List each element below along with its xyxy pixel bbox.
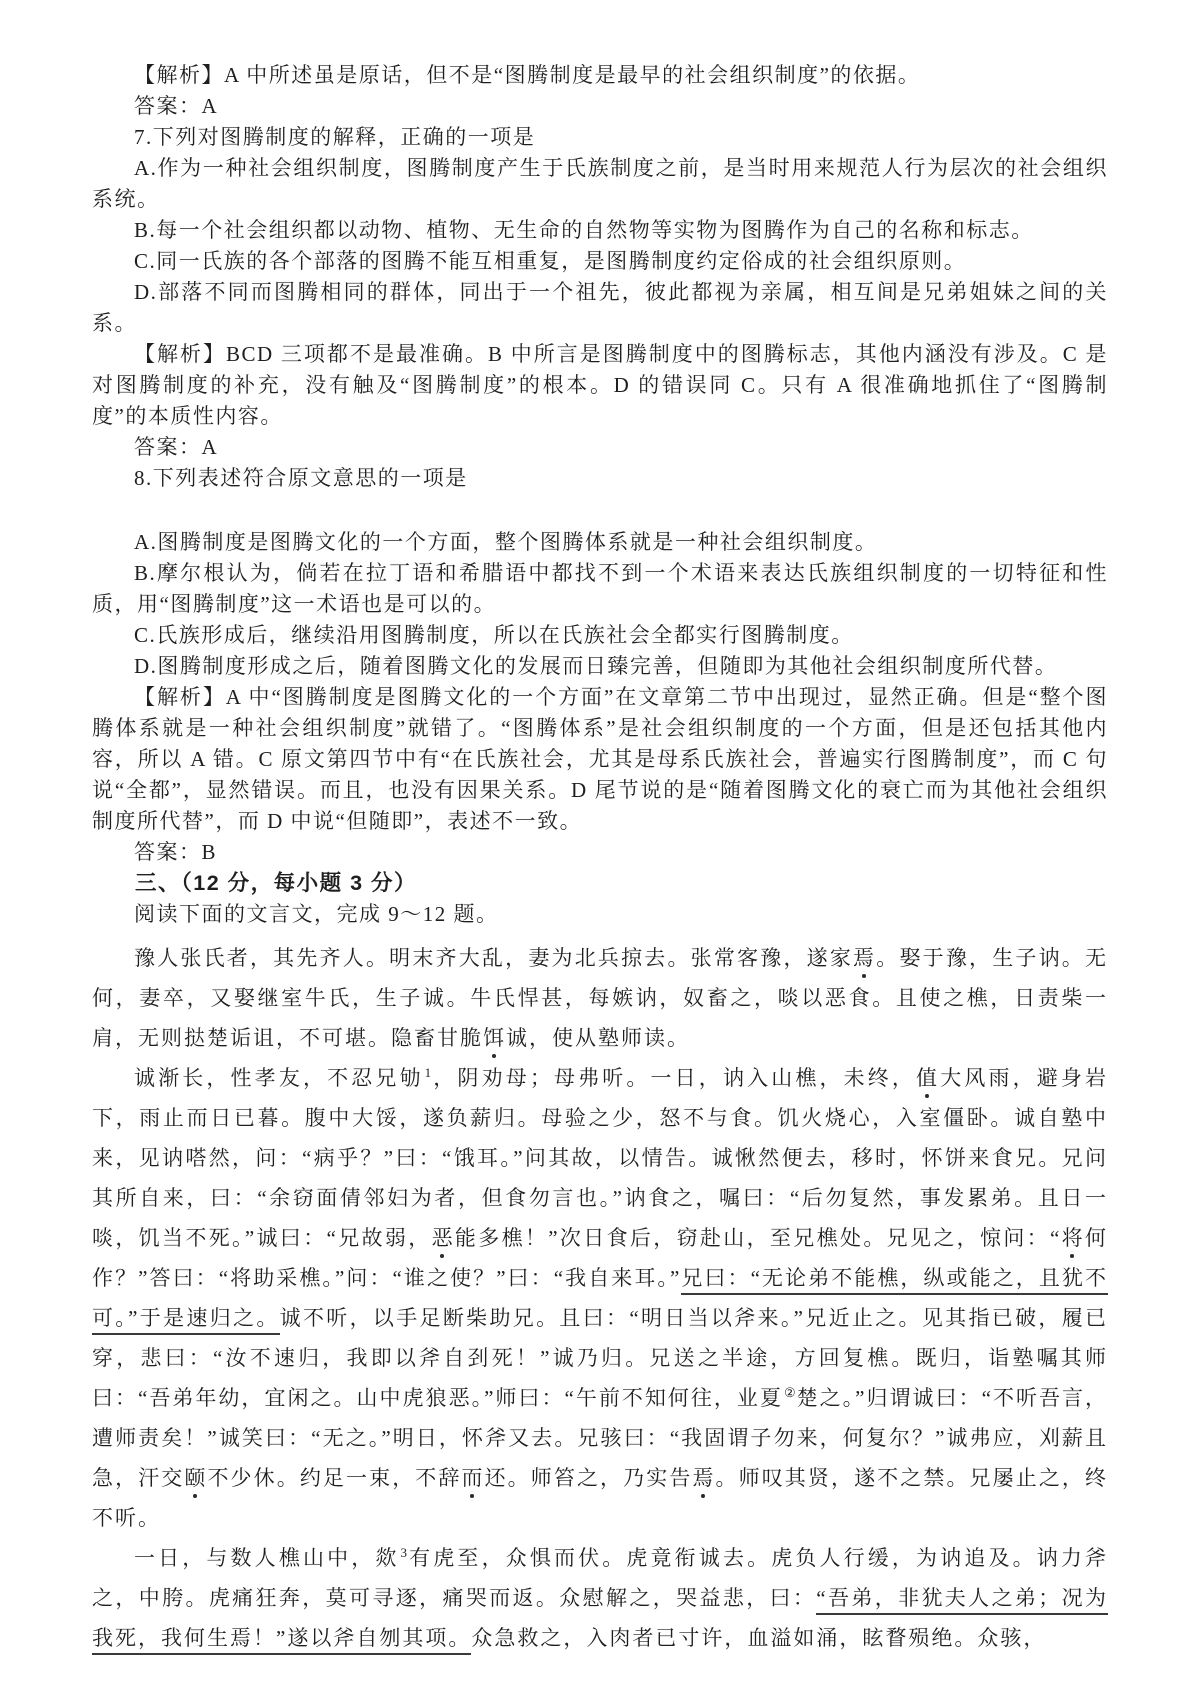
modern-section: 【解析】A 中所述虽是原话，但不是“图腾制度是最早的社会组织制度”的依据。答案：… xyxy=(92,60,1108,930)
classical-section: 豫人张氏者，其先齐人。明末齐大乱，妻为北兵掠去。张常客豫，遂家焉。娶于豫，生子讷… xyxy=(92,938,1108,1658)
reading-instruction: 阅读下面的文言文，完成 9～12 题。 xyxy=(92,899,1108,930)
option-7-b: B.每一个社会组织都以动物、植物、无生命的自然物等实物为图腾作为自己的名称和标志… xyxy=(92,215,1108,246)
emphasis-dotted-char: 焉 xyxy=(853,946,876,970)
footnote-marker: ② xyxy=(784,1385,796,1400)
option-7-a: A.作为一种社会组织制度，图腾制度产生于氏族制度之前，是当时用来规范人行为层次的… xyxy=(92,153,1108,215)
section-3-heading: 三、（12 分，每小题 3 分） xyxy=(92,868,1108,899)
question-8: 8.下列表述符合原文意思的一项是 xyxy=(92,463,1108,494)
option-8-b: B.摩尔根认为，倘若在拉丁语和希腊语中都找不到一个术语来表达氏族组织制度的一切特… xyxy=(92,558,1108,620)
emphasis-dotted-char: 饵 xyxy=(483,1026,506,1050)
emphasis-dotted-char: 焉 xyxy=(692,1466,715,1490)
analysis-q8: 【解析】A 中“图腾制度是图腾文化的一个方面”在文章第二节中出现过，显然正确。但… xyxy=(92,682,1108,837)
text-run: 还。师笞之，乃实告 xyxy=(485,1466,693,1490)
text-run: ，阴劝母；母弗听。一日，讷入山樵，未终， xyxy=(432,1066,916,1090)
option-7-d: D.部落不同而图腾相同的群体，同出于一个祖先，彼此都视为亲属，相互间是兄弟姐妹之… xyxy=(92,277,1108,339)
emphasis-dotted-char: 颐 xyxy=(184,1466,207,1490)
text-run: 豫人张氏者，其先齐人。明末齐大乱，妻为北兵掠去。张常客豫，遂家 xyxy=(134,946,853,970)
analysis-q6: 【解析】A 中所述虽是原话，但不是“图腾制度是最早的社会组织制度”的依据。 xyxy=(92,60,1108,91)
emphasis-dotted-char: 恶 xyxy=(432,1226,455,1250)
blank-line xyxy=(92,494,1108,527)
document-page: 【解析】A 中所述虽是原话，但不是“图腾制度是最早的社会组织制度”的依据。答案：… xyxy=(0,0,1200,1698)
text-run: 诚，使从塾师读。 xyxy=(506,1026,690,1050)
option-7-c: C.同一氏族的各个部落的图腾不能互相重复，是图腾制度约定俗成的社会组织原则。 xyxy=(92,246,1108,277)
text-run: 众急救之，入肉者已寸许，血溢如涌，眩瞀殒绝。众骇， xyxy=(471,1626,1046,1650)
classical-paragraph-1: 豫人张氏者，其先齐人。明末齐大乱，妻为北兵掠去。张常客豫，遂家焉。娶于豫，生子讷… xyxy=(92,938,1108,1058)
text-run: 不少休。约足一束，不辞 xyxy=(207,1466,461,1490)
text-run: 诚渐长，性孝友，不忍兄劬 xyxy=(134,1066,424,1090)
text-run: 能多樵！”次日食后，窃赴山，至兄樵处。兄见之，惊问：“ xyxy=(455,1226,1061,1250)
classical-paragraph-2: 诚渐长，性孝友，不忍兄劬1，阴劝母；母弗听。一日，讷入山樵，未终，值大风雨，避身… xyxy=(92,1058,1108,1538)
footnote-marker: 1 xyxy=(425,1065,432,1080)
option-8-d: D.图腾制度形成之后，随着图腾文化的发展而日臻完善，但随即为其他社会组织制度所代… xyxy=(92,651,1108,682)
answer-q8: 答案：B xyxy=(92,837,1108,868)
question-7: 7.下列对图腾制度的解释，正确的一项是 xyxy=(92,122,1108,153)
answer-q6: 答案：A xyxy=(92,91,1108,122)
emphasis-dotted-char: 而 xyxy=(462,1466,485,1490)
text-run: 大风雨，避身岩下，雨止而日已暮。腹中大馁，遂负薪归。母验之少，怒不与食。饥火烧心… xyxy=(92,1066,1108,1250)
text-run: 一日，与数人樵山中，欻 xyxy=(134,1546,400,1570)
option-8-a: A.图腾制度是图腾文化的一个方面，整个图腾体系就是一种社会组织制度。 xyxy=(92,527,1108,558)
footnote-marker: 3 xyxy=(401,1545,408,1560)
emphasis-dotted-char: 值 xyxy=(916,1066,940,1090)
analysis-q7: 【解析】BCD 三项都不是最准确。B 中所言是图腾制度中的图腾标志，其他内涵没有… xyxy=(92,339,1108,432)
answer-q7: 答案：A xyxy=(92,432,1108,463)
option-8-c: C.氏族形成后，继续沿用图腾制度，所以在氏族社会全都实行图腾制度。 xyxy=(92,620,1108,651)
classical-paragraph-3: 一日，与数人樵山中，欻3有虎至，众惧而伏。虎竟衔诚去。虎负人行缓，为讷追及。讷力… xyxy=(92,1538,1108,1658)
emphasis-dotted-char: 将 xyxy=(1061,1226,1085,1250)
